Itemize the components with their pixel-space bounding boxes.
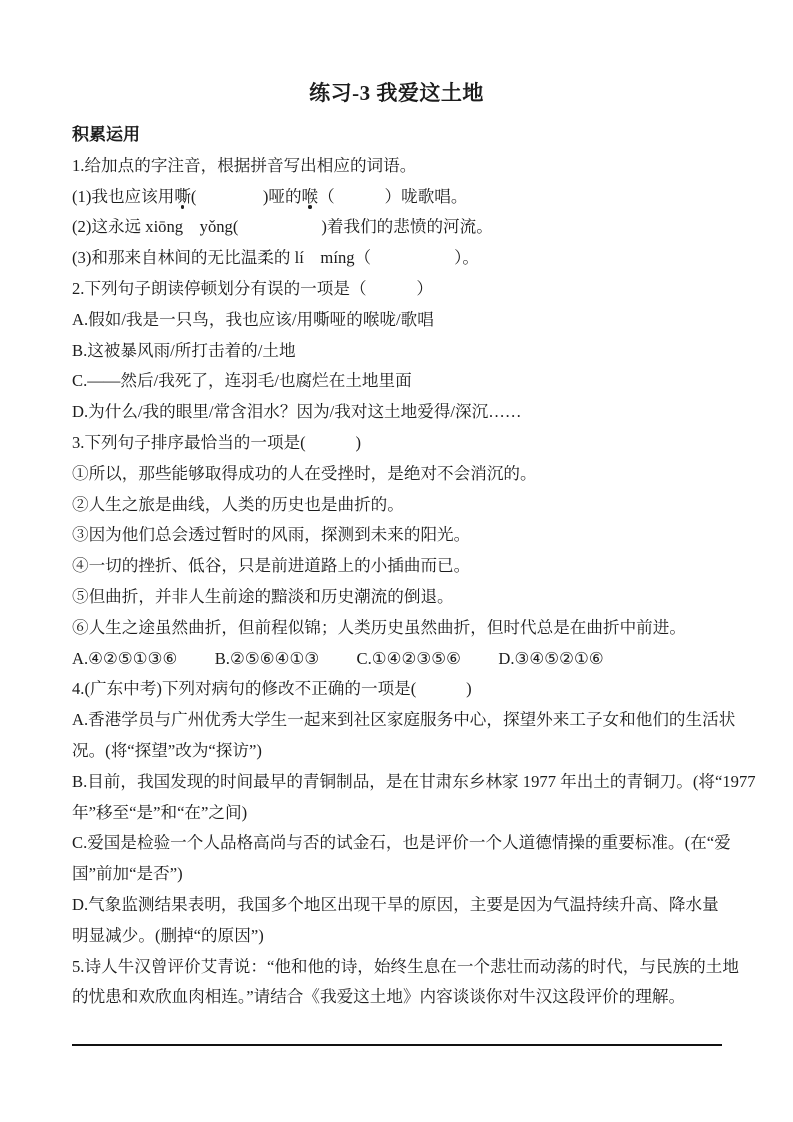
text-line: ①所以，那些能够取得成功的人在受挫时，是绝对不会消沉的。 xyxy=(72,459,723,490)
text-segment: 5.诗人牛汉曾评价艾青说：“他和他的诗，始终生息在一个悲壮而动荡的时代，与民族的… xyxy=(72,957,739,976)
text-segment: ①所以，那些能够取得成功的人在受挫时，是绝对不会消沉的。 xyxy=(72,464,537,483)
text-segment: ⑤但曲折，并非人生前途的黯淡和历史潮流的倒退。 xyxy=(72,587,454,606)
text-segment: (3)和那来自林间的无比温柔的 lí míng（ ）。 xyxy=(72,248,479,267)
text-line: (2)这永远 xiōng yǒng( )着我们的悲愤的河流。 xyxy=(72,212,723,243)
text-line: B.目前，我国发现的时间最早的青铜制品，是在甘肃东乡林家 1977 年出土的青铜… xyxy=(72,767,723,798)
text-segment: A.香港学员与广州优秀大学生一起来到社区家庭服务中心，探望外来工子女和他们的生活… xyxy=(72,710,735,729)
text-line: A.假如/我是一只鸟，我也应该/用嘶哑的喉咙/歌唱 xyxy=(72,305,723,336)
text-line: ⑤但曲折，并非人生前途的黯淡和历史潮流的倒退。 xyxy=(72,582,723,613)
text-segment: ⑥人生之途虽然曲折，但前程似锦；人类历史虽然曲折，但时代总是在曲折中前进。 xyxy=(72,618,686,637)
text-segment: 3.下列句子排序最恰当的一项是( ) xyxy=(72,433,361,452)
text-segment: ②人生之旅是曲线，人类的历史也是曲折的。 xyxy=(72,495,404,514)
text-line: 3.下列句子排序最恰当的一项是( ) xyxy=(72,428,723,459)
answer-line xyxy=(72,1044,722,1046)
text-line: ③因为他们总会透过暂时的风雨，探测到未来的阳光。 xyxy=(72,520,723,551)
text-line: 年”移至“是”和“在”之间) xyxy=(72,798,723,829)
text-segment: D.气象监测结果表明，我国多个地区出现干旱的原因，主要是因为气温持续升高、降水量 xyxy=(72,895,719,914)
text-line: D.为什么/我的眼里/常含泪水？因为/我对这土地爱得/深沉…… xyxy=(72,397,723,428)
text-segment: (1)我也应该用 xyxy=(72,187,174,206)
text-segment: C.——然后/我死了，连羽毛/也腐烂在土地里面 xyxy=(72,371,412,390)
text-segment: 1.给加点的字注音，根据拼音写出相应的词语。 xyxy=(72,156,416,175)
text-segment: A.假如/我是一只鸟，我也应该/用嘶哑的喉咙/歌唱 xyxy=(72,310,434,329)
section-heading: 积累运用 xyxy=(72,120,723,151)
text-line: 4.(广东中考)下列对病句的修改不正确的一项是( ) xyxy=(72,674,723,705)
text-line: 明显减少。(删掉“的原因”) xyxy=(72,921,723,952)
text-segment: C.爱国是检验一个人品格高尚与否的试金石，也是评价一个人道德情操的重要标准。(在… xyxy=(72,833,731,852)
text-line: A.香港学员与广州优秀大学生一起来到社区家庭服务中心，探望外来工子女和他们的生活… xyxy=(72,705,723,736)
page-title: 练习-3 我爱这土地 xyxy=(0,78,793,108)
text-segment: (2)这永远 xiōng yǒng( )着我们的悲愤的河流。 xyxy=(72,217,493,236)
document-body: 积累运用 1.给加点的字注音，根据拼音写出相应的词语。(1)我也应该用嘶( )哑… xyxy=(72,120,723,1013)
text-segment: 况。(将“探望”改为“探访”) xyxy=(72,741,262,760)
text-segment: ③因为他们总会透过暂时的风雨，探测到未来的阳光。 xyxy=(72,525,470,544)
text-segment: ( )哑的 xyxy=(191,187,302,206)
text-line: ④一切的挫折、低谷，只是前进道路上的小插曲而已。 xyxy=(72,551,723,582)
text-line: C.爱国是检验一个人品格高尚与否的试金石，也是评价一个人道德情操的重要标准。(在… xyxy=(72,828,723,859)
text-segment: ④一切的挫折、低谷，只是前进道路上的小插曲而已。 xyxy=(72,556,470,575)
text-line: (3)和那来自林间的无比温柔的 lí míng（ ）。 xyxy=(72,243,723,274)
text-segment: A.④②⑤①③⑥ B.②⑤⑥④①③ C.①④②③⑤⑥ D.③④⑤②①⑥ xyxy=(72,649,604,668)
text-line: D.气象监测结果表明，我国多个地区出现干旱的原因，主要是因为气温持续升高、降水量 xyxy=(72,890,723,921)
text-line: B.这被暴风雨/所打击着的/土地 xyxy=(72,336,723,367)
text-segment: 国”前加“是否”) xyxy=(72,864,183,883)
worksheet-page: 练习-3 我爱这土地 积累运用 1.给加点的字注音，根据拼音写出相应的词语。(1… xyxy=(0,0,793,1122)
emphasized-char: 嘶 xyxy=(174,187,191,206)
text-segment: 年”移至“是”和“在”之间) xyxy=(72,803,247,822)
text-line: ⑥人生之途虽然曲折，但前程似锦；人类历史虽然曲折，但时代总是在曲折中前进。 xyxy=(72,613,723,644)
emphasized-char: 喉 xyxy=(302,187,319,206)
text-segment: D.为什么/我的眼里/常含泪水？因为/我对这土地爱得/深沉…… xyxy=(72,402,521,421)
text-line: 的忧患和欢欣血肉相连。”请结合《我爱这土地》内容谈谈你对牛汉这段评价的理解。 xyxy=(72,982,723,1013)
text-line: 况。(将“探望”改为“探访”) xyxy=(72,736,723,767)
text-segment: B.这被暴风雨/所打击着的/土地 xyxy=(72,341,296,360)
text-segment: 2.下列句子朗读停顿划分有误的一项是（ ） xyxy=(72,279,433,298)
text-segment: 的忧患和欢欣血肉相连。”请结合《我爱这土地》内容谈谈你对牛汉这段评价的理解。 xyxy=(72,987,685,1006)
text-line: ②人生之旅是曲线，人类的历史也是曲折的。 xyxy=(72,490,723,521)
text-line: (1)我也应该用嘶( )哑的喉（ ）咙歌唱。 xyxy=(72,182,723,213)
text-line: 1.给加点的字注音，根据拼音写出相应的词语。 xyxy=(72,151,723,182)
text-segment: （ ）咙歌唱。 xyxy=(318,187,467,206)
text-line: 5.诗人牛汉曾评价艾青说：“他和他的诗，始终生息在一个悲壮而动荡的时代，与民族的… xyxy=(72,952,723,983)
text-line: C.——然后/我死了，连羽毛/也腐烂在土地里面 xyxy=(72,366,723,397)
text-line: 2.下列句子朗读停顿划分有误的一项是（ ） xyxy=(72,274,723,305)
text-segment: 4.(广东中考)下列对病句的修改不正确的一项是( ) xyxy=(72,679,472,698)
text-segment: 明显减少。(删掉“的原因”) xyxy=(72,926,264,945)
text-line: A.④②⑤①③⑥ B.②⑤⑥④①③ C.①④②③⑤⑥ D.③④⑤②①⑥ xyxy=(72,644,723,675)
text-line: 国”前加“是否”) xyxy=(72,859,723,890)
text-segment: B.目前，我国发现的时间最早的青铜制品，是在甘肃东乡林家 1977 年出土的青铜… xyxy=(72,772,756,791)
